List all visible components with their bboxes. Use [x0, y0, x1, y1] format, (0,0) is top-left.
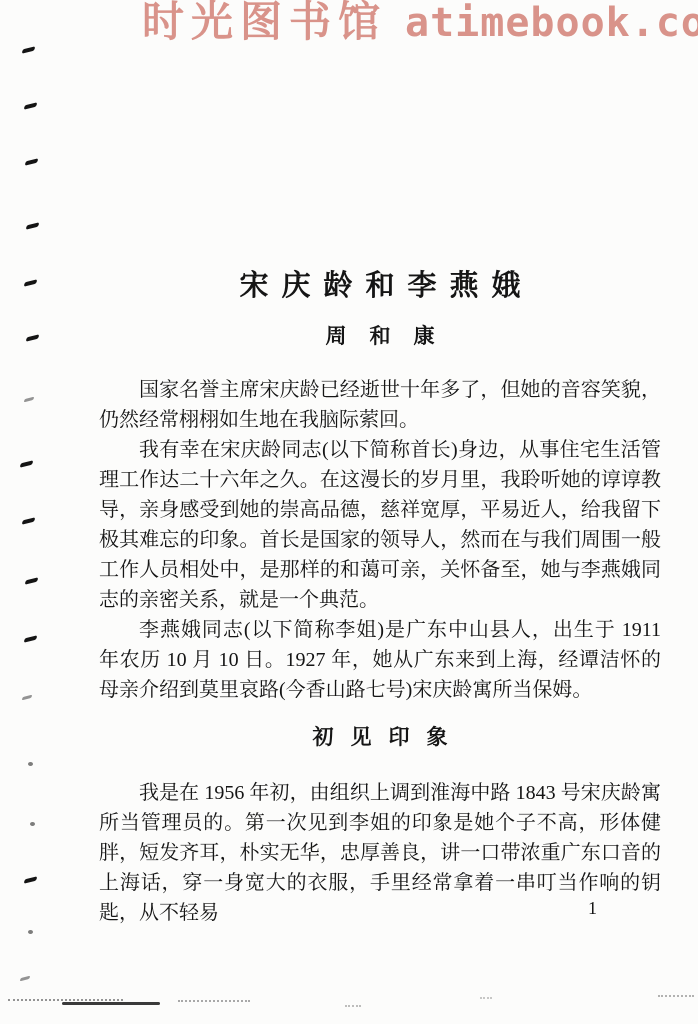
watermark-site-url: atimebook.com	[405, 0, 698, 46]
scan-edge-noise	[62, 1002, 160, 1005]
scan-speck	[20, 976, 31, 982]
scan-speck	[22, 46, 36, 54]
article-body: 国家名誉主席宋庆龄已经逝世十年多了，但她的音容笑貌，仍然经常栩栩如生地在我脑际萦…	[99, 375, 661, 928]
article-title: 宋庆龄和李燕娥	[99, 263, 661, 304]
scan-speck	[24, 876, 38, 884]
scan-edge-noise	[480, 997, 492, 999]
article-author: 周和康	[99, 320, 661, 350]
scan-speck	[22, 695, 33, 701]
scan-speck	[28, 930, 33, 934]
watermark: 时光图书馆atimebook.com	[142, 0, 698, 58]
scan-speck	[25, 577, 39, 585]
scan-speck	[24, 397, 35, 403]
scan-speck	[24, 279, 38, 287]
paragraph: 我有幸在宋庆龄同志(以下简称首长)身边，从事住宅生活管理工作达二十六年之久。在这…	[99, 435, 661, 615]
scan-speck	[20, 460, 34, 468]
scan-edge-noise	[658, 995, 694, 997]
paragraph: 我是在 1956 年初，由组织上调到淮海中路 1843 号宋庆龄寓所当管理员的。…	[99, 778, 661, 928]
scan-speck	[26, 222, 40, 230]
scan-speck	[22, 517, 36, 525]
scan-edge-noise	[345, 1005, 361, 1007]
watermark-chinese-text: 时光图书馆	[142, 0, 387, 45]
scan-speck	[28, 762, 33, 766]
paragraph: 国家名誉主席宋庆龄已经逝世十年多了，但她的音容笑貌，仍然经常栩栩如生地在我脑际萦…	[99, 375, 661, 435]
scanned-book-page: 时光图书馆atimebook.com 宋庆龄和李燕娥 周和康 国家名誉主席宋庆龄…	[0, 0, 698, 1024]
section-heading: 初见印象	[99, 722, 661, 752]
scan-edge-noise	[178, 1000, 250, 1002]
scan-speck	[30, 822, 35, 826]
page-number: 1	[588, 898, 597, 919]
scan-edge-noise	[8, 999, 123, 1001]
paragraph: 李燕娥同志(以下简称李姐)是广东中山县人，出生于 1911 年农历 10 月 1…	[99, 615, 661, 705]
scan-speck	[25, 158, 39, 166]
scan-speck	[24, 635, 38, 643]
scan-speck	[24, 102, 38, 110]
scan-speck	[26, 334, 40, 342]
